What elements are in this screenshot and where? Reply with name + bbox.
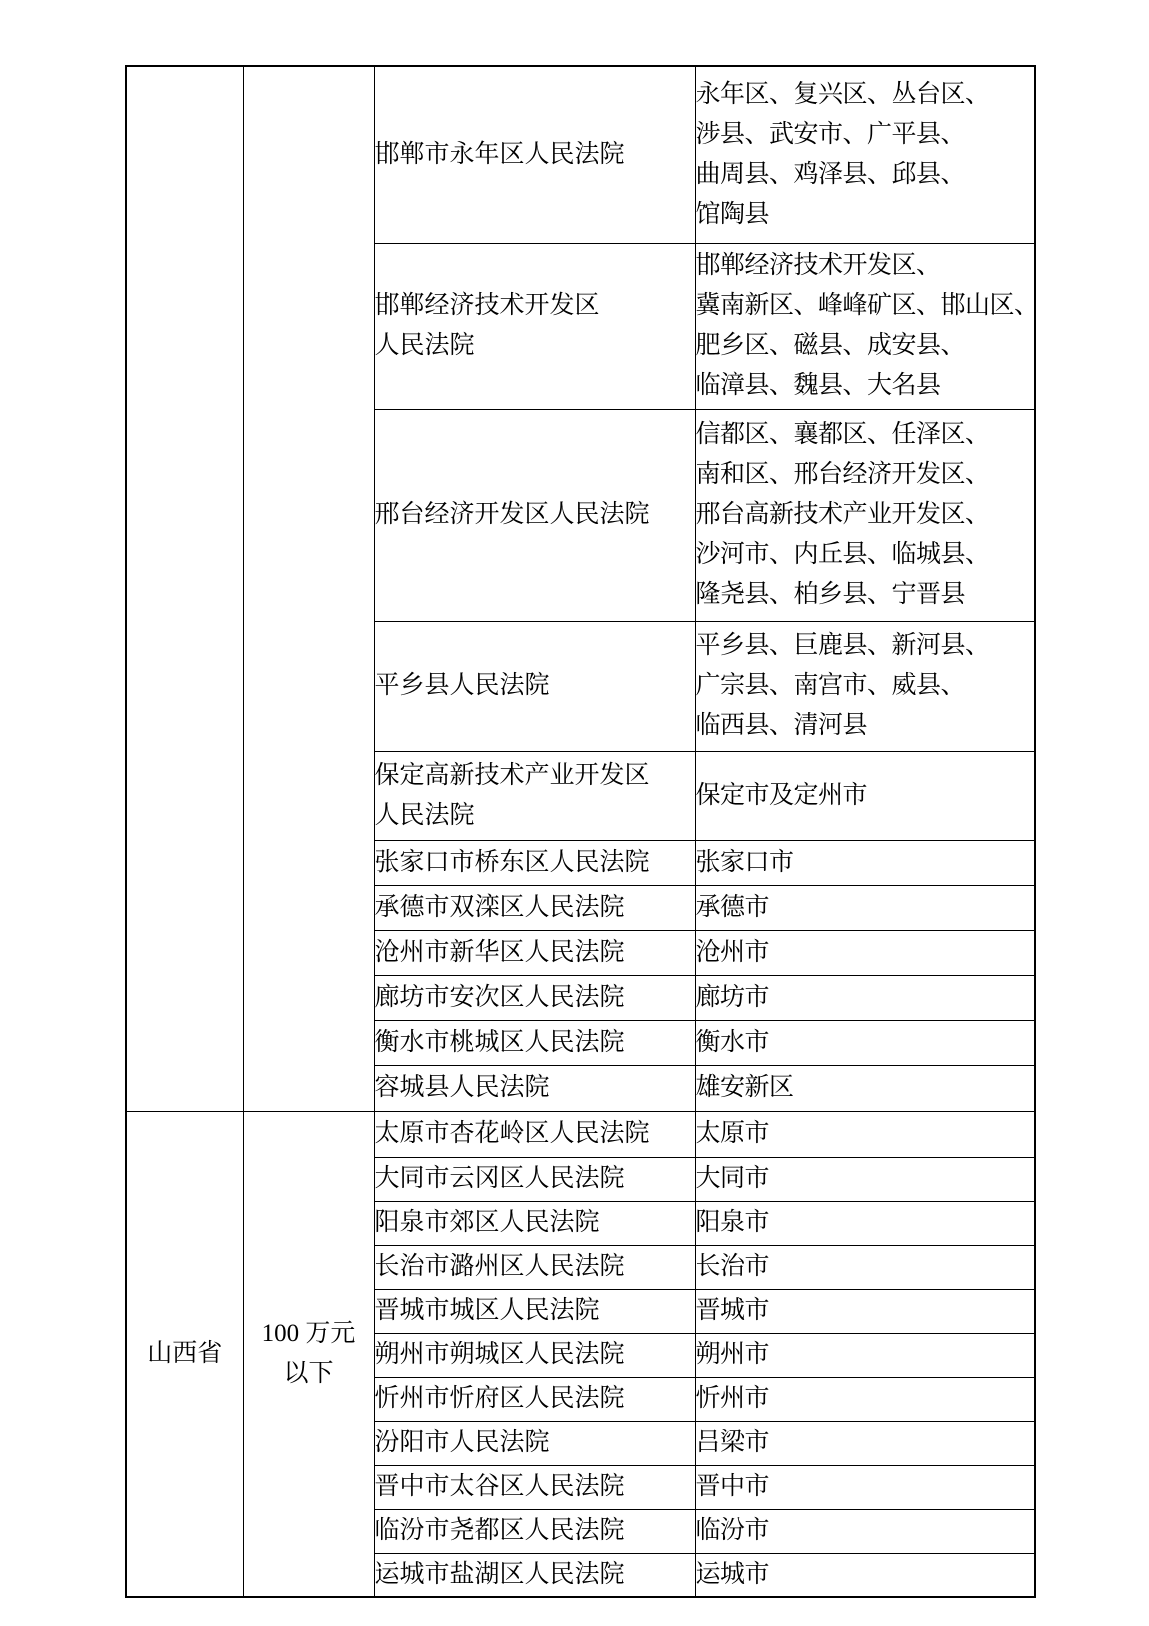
jurisdiction-cell: 晋城市 xyxy=(695,1289,1035,1333)
jurisdiction-cell: 朔州市 xyxy=(695,1333,1035,1377)
court-cell: 大同市云冈区人民法院 xyxy=(374,1157,695,1201)
jurisdiction-cell: 阳泉市 xyxy=(695,1201,1035,1245)
jurisdiction-cell: 廊坊市 xyxy=(695,975,1035,1020)
court-cell: 邯郸市永年区人民法院 xyxy=(374,66,695,243)
jurisdiction-cell: 永年区、复兴区、丛台区、 涉县、武安市、广平县、 曲周县、鸡泽县、邱县、 馆陶县 xyxy=(695,66,1035,243)
table-row: 山西省 100 万元 以下 太原市杏花岭区人民法院 太原市 xyxy=(126,1111,1035,1157)
court-cell: 承德市双滦区人民法院 xyxy=(374,885,695,930)
province-cell: 山西省 xyxy=(126,1111,243,1597)
jurisdiction-cell: 太原市 xyxy=(695,1111,1035,1157)
jurisdiction-cell: 平乡县、巨鹿县、新河县、 广宗县、南宫市、威县、 临西县、清河县 xyxy=(695,621,1035,751)
jurisdiction-cell: 长治市 xyxy=(695,1245,1035,1289)
court-cell: 晋城市城区人民法院 xyxy=(374,1289,695,1333)
court-cell: 朔州市朔城区人民法院 xyxy=(374,1333,695,1377)
court-cell: 容城县人民法院 xyxy=(374,1065,695,1111)
court-cell: 阳泉市郊区人民法院 xyxy=(374,1201,695,1245)
jurisdiction-cell: 忻州市 xyxy=(695,1377,1035,1421)
jurisdiction-cell: 邯郸经济技术开发区、 冀南新区、峰峰矿区、邯山区、 肥乡区、磁县、成安县、 临漳… xyxy=(695,243,1035,409)
court-cell: 太原市杏花岭区人民法院 xyxy=(374,1111,695,1157)
jurisdiction-cell: 信都区、襄都区、任泽区、 南和区、邢台经济开发区、 邢台高新技术产业开发区、 沙… xyxy=(695,409,1035,621)
court-cell: 汾阳市人民法院 xyxy=(374,1421,695,1465)
document-page: 邯郸市永年区人民法院 永年区、复兴区、丛台区、 涉县、武安市、广平县、 曲周县、… xyxy=(0,0,1149,1626)
jurisdiction-cell: 承德市 xyxy=(695,885,1035,930)
province-cell xyxy=(126,66,243,1111)
table-row: 邯郸市永年区人民法院 永年区、复兴区、丛台区、 涉县、武安市、广平县、 曲周县、… xyxy=(126,66,1035,243)
court-cell: 廊坊市安次区人民法院 xyxy=(374,975,695,1020)
jurisdiction-cell: 吕梁市 xyxy=(695,1421,1035,1465)
jurisdiction-cell: 运城市 xyxy=(695,1553,1035,1597)
court-cell: 忻州市忻府区人民法院 xyxy=(374,1377,695,1421)
jurisdiction-cell: 保定市及定州市 xyxy=(695,751,1035,840)
jurisdiction-cell: 大同市 xyxy=(695,1157,1035,1201)
amount-threshold-cell xyxy=(243,66,374,1111)
jurisdiction-cell: 临汾市 xyxy=(695,1509,1035,1553)
court-cell: 长治市潞州区人民法院 xyxy=(374,1245,695,1289)
jurisdiction-cell: 张家口市 xyxy=(695,840,1035,885)
amount-threshold-cell: 100 万元 以下 xyxy=(243,1111,374,1597)
court-cell: 邯郸经济技术开发区 人民法院 xyxy=(374,243,695,409)
court-cell: 保定高新技术产业开发区 人民法院 xyxy=(374,751,695,840)
court-cell: 衡水市桃城区人民法院 xyxy=(374,1020,695,1065)
court-cell: 张家口市桥东区人民法院 xyxy=(374,840,695,885)
court-cell: 临汾市尧都区人民法院 xyxy=(374,1509,695,1553)
court-cell: 运城市盐湖区人民法院 xyxy=(374,1553,695,1597)
jurisdiction-cell: 衡水市 xyxy=(695,1020,1035,1065)
court-cell: 晋中市太谷区人民法院 xyxy=(374,1465,695,1509)
court-cell: 邢台经济开发区人民法院 xyxy=(374,409,695,621)
court-cell: 平乡县人民法院 xyxy=(374,621,695,751)
jurisdiction-table: 邯郸市永年区人民法院 永年区、复兴区、丛台区、 涉县、武安市、广平县、 曲周县、… xyxy=(125,65,1036,1598)
jurisdiction-cell: 晋中市 xyxy=(695,1465,1035,1509)
jurisdiction-cell: 雄安新区 xyxy=(695,1065,1035,1111)
court-cell: 沧州市新华区人民法院 xyxy=(374,930,695,975)
jurisdiction-cell: 沧州市 xyxy=(695,930,1035,975)
